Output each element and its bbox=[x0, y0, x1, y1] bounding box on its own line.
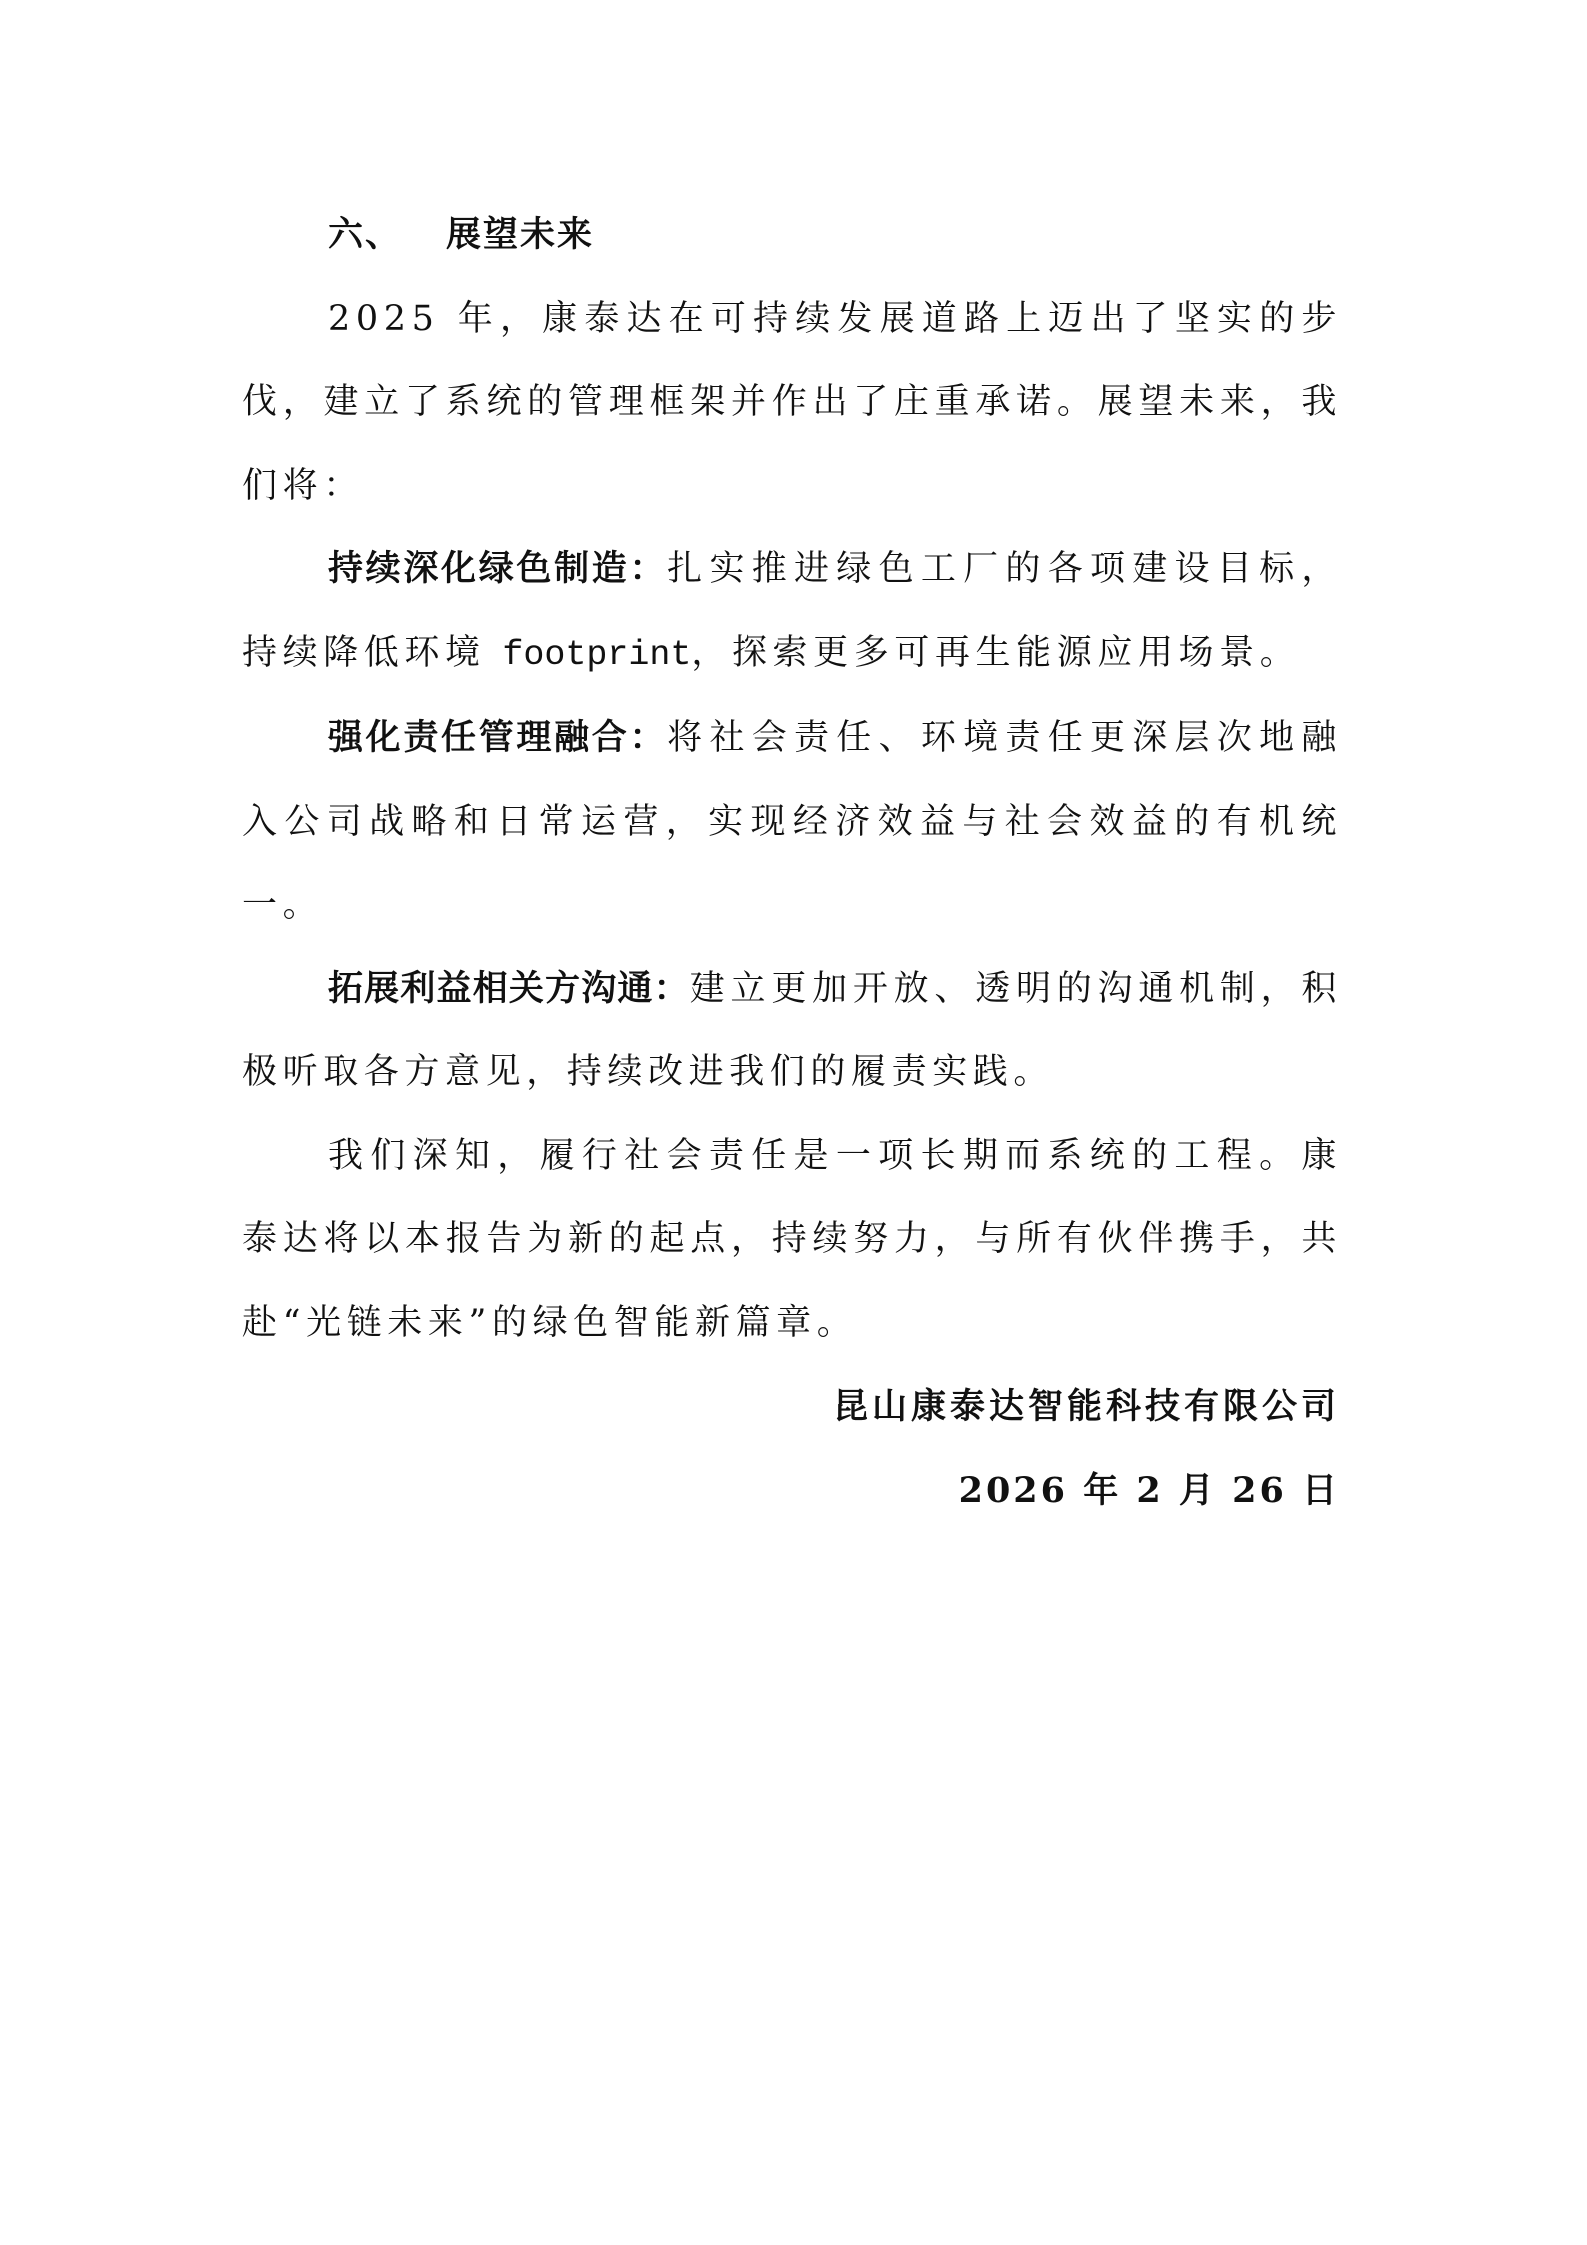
item-term: footprint bbox=[502, 635, 691, 675]
item-lead: 持续深化绿色制造： bbox=[328, 549, 667, 589]
item-lead: 拓展利益相关方沟通： bbox=[328, 969, 690, 1009]
section-number: 六、 bbox=[328, 215, 402, 255]
closing-paragraph: 我们深知，履行社会责任是一项长期而系统的工程。康泰达将以本报告为新的起点，持续努… bbox=[242, 1115, 1342, 1366]
outlook-item-green-manufacturing: 持续深化绿色制造：扎实推进绿色工厂的各项建设目标，持续降低环境 footprin… bbox=[242, 528, 1342, 697]
outlook-item-stakeholder-communication: 拓展利益相关方沟通：建立更加开放、透明的沟通机制，积极听取各方意见，持续改进我们… bbox=[242, 948, 1342, 1115]
section-title: 展望未来 bbox=[446, 215, 594, 255]
item-lead: 强化责任管理融合： bbox=[328, 718, 667, 758]
item-text-end: ，探索更多可再生能源应用场景。 bbox=[691, 633, 1300, 673]
section-heading: 六、展望未来 bbox=[242, 194, 1342, 278]
signature-company: 昆山康泰达智能科技有限公司 bbox=[242, 1365, 1342, 1449]
intro-paragraph: 2025 年，康泰达在可持续发展道路上迈出了坚实的步伐，建立了系统的管理框架并作… bbox=[242, 278, 1342, 529]
signature-date: 2026 年 2 月 26 日 bbox=[242, 1449, 1342, 1533]
outlook-item-responsibility-integration: 强化责任管理融合：将社会责任、环境责任更深层次地融入公司战略和日常运营，实现经济… bbox=[242, 697, 1342, 948]
document-page: 六、展望未来 2025 年，康泰达在可持续发展道路上迈出了坚实的步伐，建立了系统… bbox=[242, 194, 1342, 1532]
